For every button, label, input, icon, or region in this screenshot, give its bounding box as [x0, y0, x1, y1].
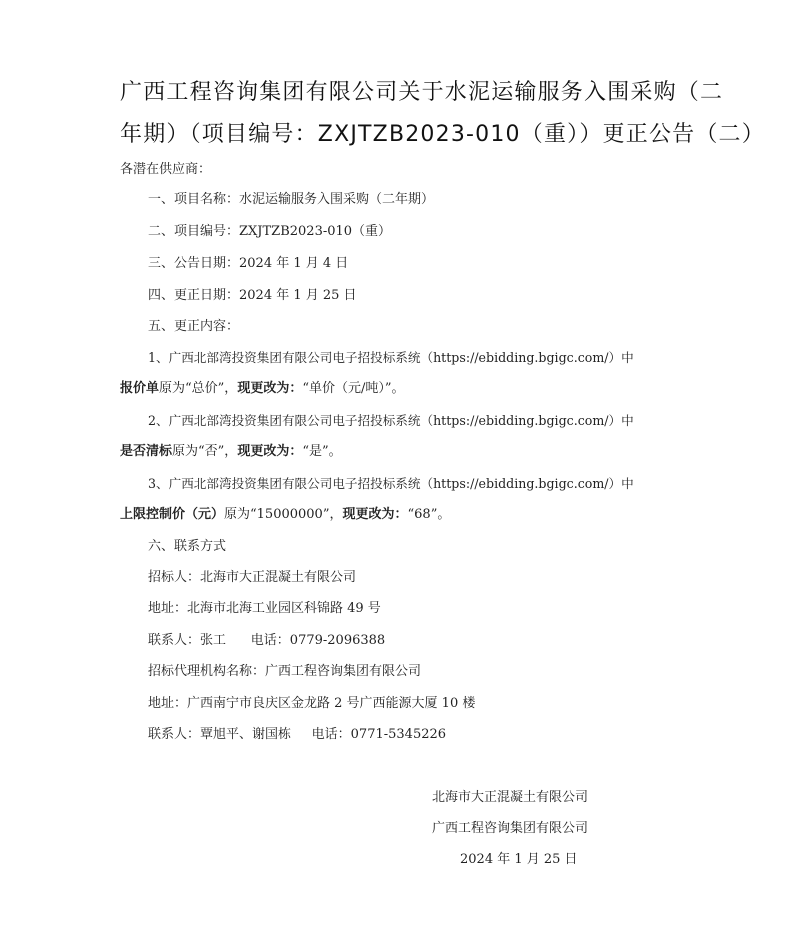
item-correction-date: 四、更正日期：2024 年 1 月 25 日: [148, 288, 357, 304]
correction-1-intro: 1、广西北部湾投资集团有限公司电子招投标系统（https://ebidding.…: [148, 350, 634, 366]
correction-2-field: 是否清标: [120, 444, 172, 459]
correction-1-field: 报价单: [120, 381, 159, 396]
document-title-line-2: 年期）（项目编号：ZXJTZB2023-010（重））更正公告（二）: [120, 124, 690, 146]
correction-2-changed-label: 现更改为：: [237, 444, 302, 459]
correction-3-changed-label: 现更改为：: [342, 507, 407, 522]
signature-org-2: 广西工程咨询集团有限公司: [432, 821, 588, 837]
item-announce-date: 三、公告日期：2024 年 1 月 4 日: [148, 256, 348, 272]
correction-2-original: 原为“否”，: [172, 444, 237, 459]
announcement-page: 广西工程咨询集团有限公司关于水泥运输服务入围采购（二 年期）（项目编号：ZXJT…: [0, 0, 800, 948]
correction-3-field: 上限控制价（元）: [120, 507, 224, 522]
correction-1-new-value: “单价（元/吨）”。: [302, 381, 404, 396]
correction-1-changed-label: 现更改为：: [237, 381, 302, 396]
correction-1-original: 原为“总价”，: [159, 381, 237, 396]
contact-tenderer-contact: 联系人：张工 电话：0779-2096388: [148, 633, 385, 649]
contact-agency-contact: 联系人：覃旭平、谢国栋 电话：0771-5345226: [148, 727, 446, 743]
correction-2-detail: 是否清标原为“否”，现更改为：“是”。: [120, 444, 342, 460]
signature-date: 2024 年 1 月 25 日: [460, 852, 578, 868]
contact-agency: 招标代理机构名称：广西工程咨询集团有限公司: [148, 664, 421, 680]
correction-3-detail: 上限控制价（元）原为“15000000”，现更改为：“68”。: [120, 507, 450, 523]
contact-tenderer: 招标人：北海市大正混凝土有限公司: [148, 570, 356, 586]
correction-3-new-value: “68”。: [408, 507, 451, 522]
correction-2-intro: 2、广西北部湾投资集团有限公司电子招投标系统（https://ebidding.…: [148, 413, 634, 429]
contact-heading: 六、联系方式: [148, 539, 226, 555]
item-project-name: 一、项目名称：水泥运输服务入围采购（二年期）: [148, 192, 434, 208]
correction-3-intro: 3、广西北部湾投资集团有限公司电子招投标系统（https://ebidding.…: [148, 476, 634, 492]
correction-3-original: 原为“15000000”，: [224, 507, 342, 522]
salutation: 各潜在供应商：: [120, 162, 211, 178]
signature-org-1: 北海市大正混凝土有限公司: [432, 790, 588, 806]
correction-2-new-value: “是”。: [302, 444, 341, 459]
item-project-number: 二、项目编号：ZXJTZB2023-010（重）: [148, 224, 391, 240]
correction-1-detail: 报价单原为“总价”，现更改为：“单价（元/吨）”。: [120, 381, 405, 397]
contact-tenderer-address: 地址：北海市北海工业园区科锦路 49 号: [148, 601, 381, 617]
item-correction-content-heading: 五、更正内容：: [148, 319, 239, 335]
document-title-line-1: 广西工程咨询集团有限公司关于水泥运输服务入围采购（二: [120, 82, 690, 104]
contact-agency-address: 地址：广西南宁市良庆区金龙路 2 号广西能源大厦 10 楼: [148, 696, 475, 712]
